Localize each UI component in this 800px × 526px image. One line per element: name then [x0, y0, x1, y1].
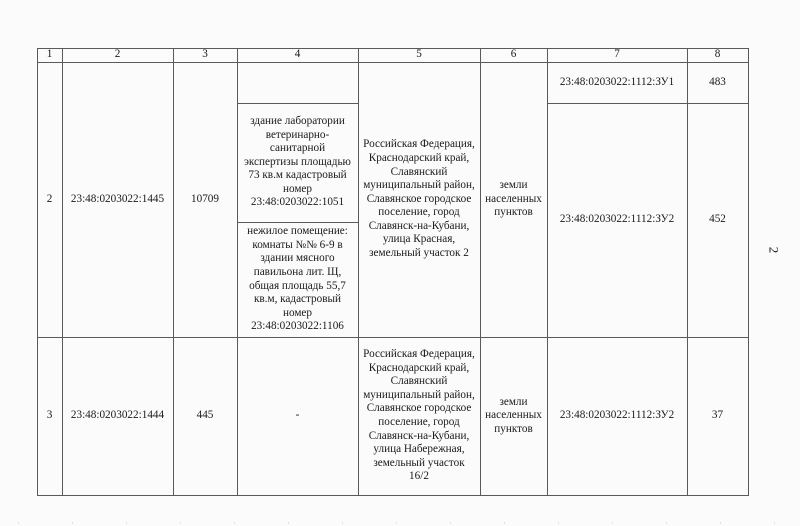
plot-area: 445 — [173, 337, 237, 495]
part-area: 37 — [687, 337, 748, 495]
column-header: 6 — [480, 48, 547, 62]
column-header: 7 — [547, 48, 687, 62]
cadastral-number: 23:48:0203022:1445 — [62, 62, 173, 337]
part-area: 483 — [687, 62, 748, 103]
table-border — [748, 48, 749, 496]
part-designation: 23:48:0203022:1112:ЗУ2 — [547, 337, 687, 495]
column-header: 1 — [37, 48, 62, 62]
object-description: нежилое помещение: комнаты №№ 6-9 в здан… — [240, 222, 355, 337]
row-number: 3 — [37, 337, 62, 495]
row-number: 2 — [37, 62, 62, 337]
plot-area: 10709 — [173, 62, 237, 337]
table-border — [358, 48, 359, 496]
address: Российская Федерация, Краснодарский край… — [361, 337, 477, 495]
column-header: 2 — [62, 48, 173, 62]
table-border — [37, 495, 749, 496]
cadastral-number: 23:48:0203022:1444 — [62, 337, 173, 495]
object-description — [237, 62, 358, 103]
column-header: 3 — [173, 48, 237, 62]
page-number: 2 — [765, 247, 781, 254]
part-area: 452 — [687, 103, 748, 337]
land-category: земли населенных пунктов — [480, 337, 547, 495]
part-designation: 23:48:0203022:1112:ЗУ2 — [547, 103, 687, 337]
object-description: - — [237, 337, 358, 495]
address: Российская Федерация, Краснодарский край… — [361, 62, 477, 337]
object-description: здание лаборатории ветеринарно-санитарно… — [240, 103, 355, 222]
column-header: 4 — [237, 48, 358, 62]
land-category: земли населенных пунктов — [480, 62, 547, 337]
column-header: 5 — [358, 48, 480, 62]
column-header: 8 — [687, 48, 748, 62]
part-designation: 23:48:0203022:1112:ЗУ1 — [547, 62, 687, 103]
scan-artifact — [18, 522, 798, 524]
